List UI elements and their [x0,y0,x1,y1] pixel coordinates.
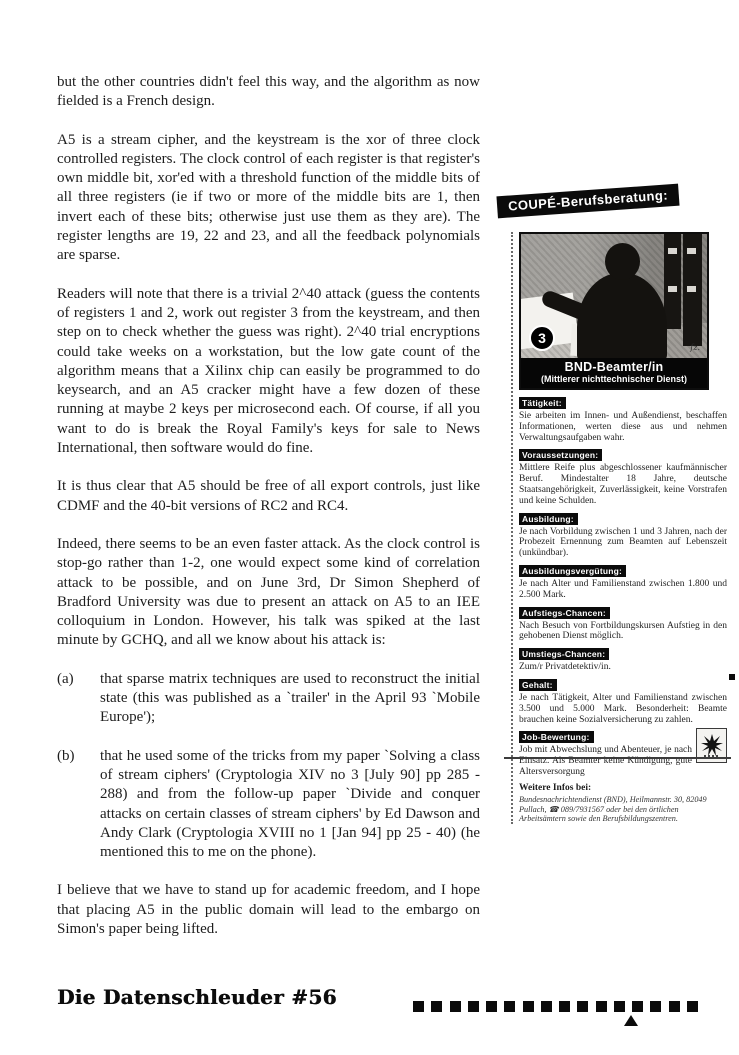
paragraph: Readers will note that there is a trivia… [57,285,480,459]
paragraph: Indeed, there seems to be an even faster… [57,535,480,651]
ad-sections: Tätigkeit: Sie arbeiten im Innen- und Au… [519,393,727,824]
ad-photo: fz. 3 BND-Beamter/in (Mittlerer nichttec… [519,232,709,390]
person-silhouette-head [605,243,640,280]
footer-square [596,1001,607,1012]
ad-info-text: Bundesnachrichtendienst (BND), Heilmanns… [519,795,727,824]
ad-section-taetigkeit: Tätigkeit: Sie arbeiten im Innen- und Au… [519,393,727,443]
binder-label [687,286,696,292]
footer-square [486,1001,497,1012]
list-marker: (b) [57,747,100,863]
ad-banner: COUPÉ-Berufsberatung: [496,184,679,219]
photo-signature: fz. [690,343,700,352]
ad-section-text: Je nach Alter und Familienstand zwischen… [519,579,727,601]
footer-square [650,1001,661,1012]
binder-icon [664,234,681,329]
ad-section-voraussetzungen: Voraussetzungen: Mittlere Reife plus abg… [519,445,727,506]
ad-section-label: Umstiegs-Chancen: [519,648,609,660]
binder-icon [683,234,702,346]
ad-section-label: Job-Bewertung: [519,731,594,743]
footer-square [468,1001,479,1012]
ad-bottom-rule [504,757,731,759]
binder-label [668,286,677,292]
photo-caption-subtitle: (Mittlerer nichttechnischer Dienst) [521,374,707,385]
ad-section-gehalt: Gehalt: Je nach Tätigkeit, Alter und Fam… [519,675,727,725]
footer-magazine-title: Die Datenschleuder #56 [57,986,337,1008]
nav-triangle-icon [624,1015,638,1026]
article-column: but the other countries didn't feel this… [57,73,480,939]
list-marker: (a) [57,670,100,728]
photo-caption-title: BND-Beamter/in [521,360,707,374]
ad-info-label: Weitere Infos bei: [519,783,727,794]
footer-square [614,1001,625,1012]
footer-square [559,1001,570,1012]
binder-label [687,248,696,254]
ad-section-label: Aufstiegs-Chancen: [519,607,610,619]
ad-section-ausbildung: Ausbildung: Je nach Vorbildung zwischen … [519,509,727,559]
ad-section-umstiegs-chancen: Umstiegs-Chancen: Zum/r Privatdetektiv/i… [519,644,727,673]
ad-column: fz. 3 BND-Beamter/in (Mittlerer nichttec… [511,232,727,824]
list-text: that sparse matrix techniques are used t… [100,670,480,728]
paragraph: A5 is a stream cipher, and the keystream… [57,131,480,266]
ad-section-text: Nach Besuch von Fortbildungskursen Aufst… [519,621,727,643]
ad-section-label: Gehalt: [519,679,557,691]
footer-square [413,1001,424,1012]
ad-section-label: Voraussetzungen: [519,449,602,461]
list-item-b: (b) that he used some of the tricks from… [57,747,480,863]
footer-square [669,1001,680,1012]
ad-section-text: Je nach Tätigkeit, Alter und Familiensta… [519,693,727,725]
footer-square [504,1001,515,1012]
footer-square [541,1001,552,1012]
footer-square [632,1001,643,1012]
footer-square [450,1001,461,1012]
ad-section-text: Mittlere Reife plus abgeschlossener kauf… [519,463,727,506]
footer-square [687,1001,698,1012]
ad-section-job-bewertung: Job-Bewertung: Job mit Abwechslung und A… [519,727,727,777]
paragraph: I believe that we have to stand up for a… [57,881,480,939]
ad-section-text: Sie arbeiten im Innen- und Außendienst, … [519,411,727,443]
page-edge-dot [729,674,735,680]
list-item-a: (a) that sparse matrix techniques are us… [57,670,480,728]
paragraph: It is thus clear that A5 should be free … [57,477,480,516]
paragraph: but the other countries didn't feel this… [57,73,480,112]
footer-square [577,1001,588,1012]
ad-section-label: Ausbildung: [519,513,578,525]
photo-caption: BND-Beamter/in (Mittlerer nichttechnisch… [521,358,707,388]
ad-section-label: Ausbildungsvergütung: [519,565,626,577]
binder-label [668,248,677,254]
starburst-icon [701,734,723,758]
footer-square [523,1001,534,1012]
list-text: that he used some of the tricks from my … [100,747,480,863]
step-number-badge: 3 [529,325,555,351]
footer-square [431,1001,442,1012]
footer-squares [413,1001,698,1012]
ad-section-aufstiegs-chancen: Aufstiegs-Chancen: Nach Besuch von Fortb… [519,603,727,643]
ad-section-ausbildungsverguetung: Ausbildungsvergütung: Je nach Alter und … [519,561,727,601]
ad-section-label: Tätigkeit: [519,397,566,409]
ad-section-text: Zum/r Privatdetektiv/in. [519,662,727,673]
ad-section-text: Je nach Vorbildung zwischen 1 und 3 Jahr… [519,527,727,559]
